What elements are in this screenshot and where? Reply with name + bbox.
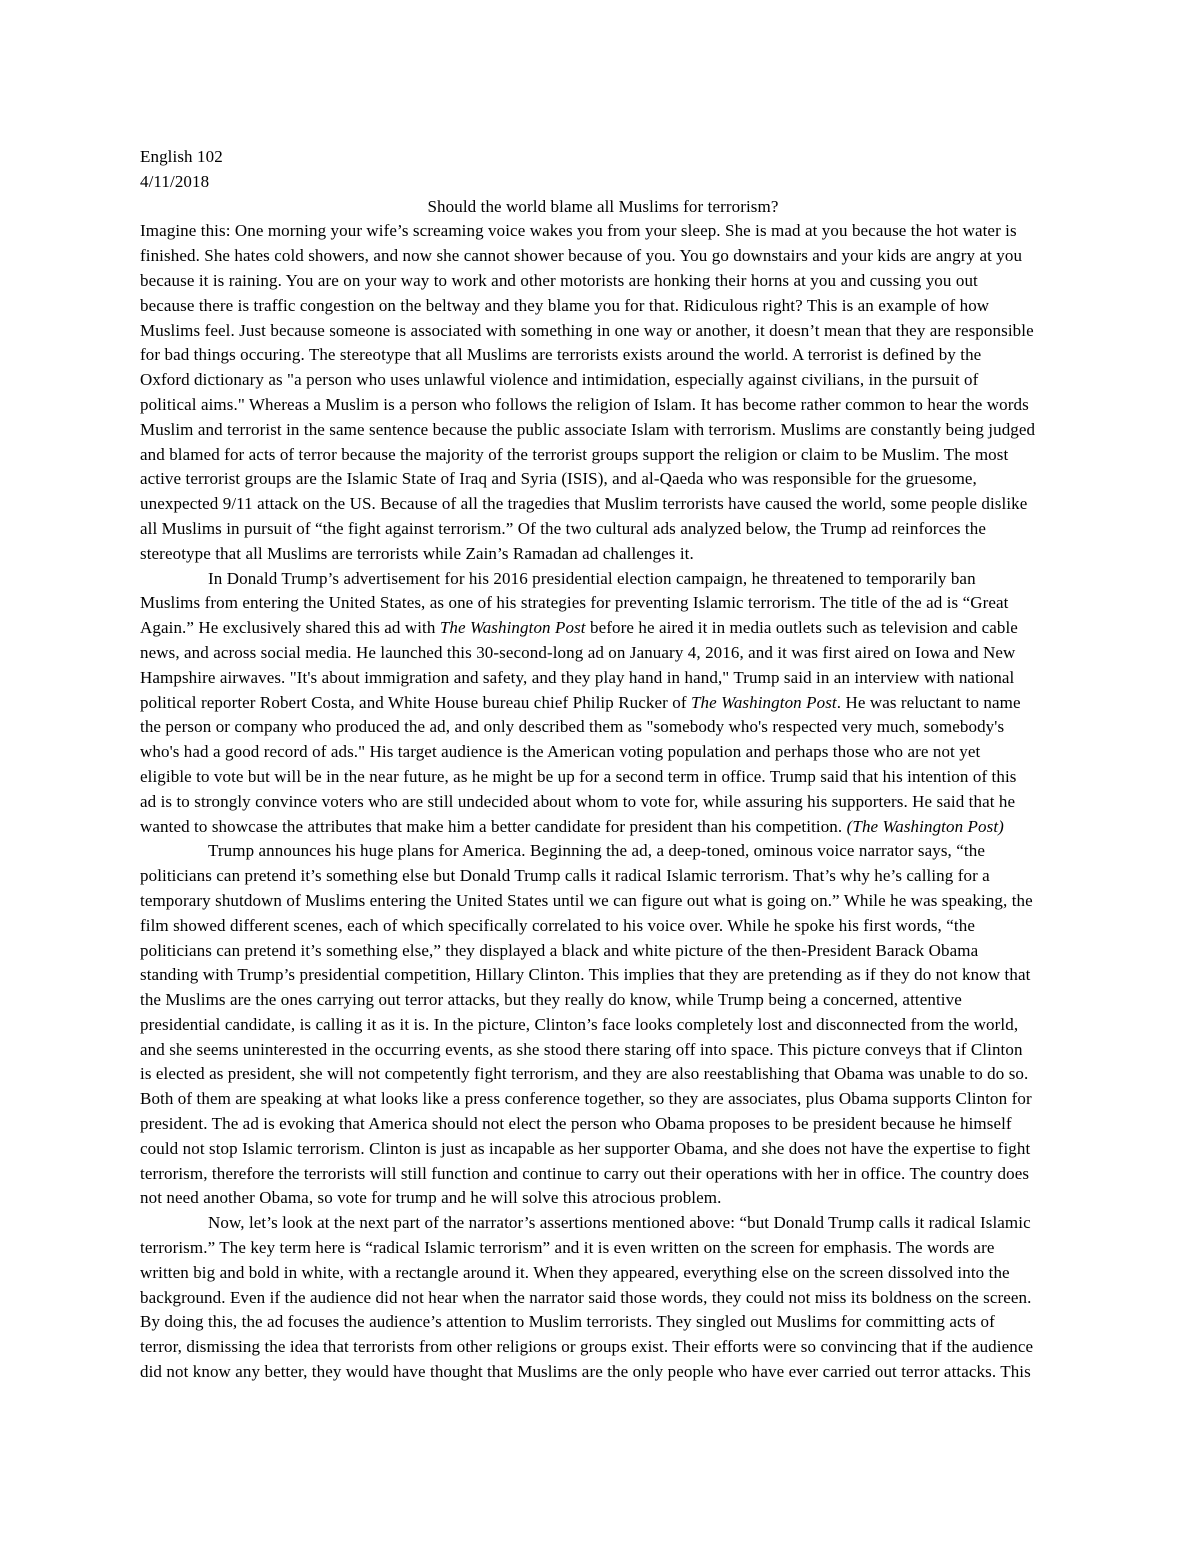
text-segment: terrorism.” The key term here is “radica… bbox=[140, 1238, 994, 1257]
text-segment: temporary shutdown of Muslims entering t… bbox=[140, 891, 1033, 910]
text-segment: president. The ad is evoking that Americ… bbox=[140, 1114, 1012, 1133]
text-line: all Muslims in pursuit of “the fight aga… bbox=[140, 517, 1066, 542]
text-line: Again.” He exclusively shared this ad wi… bbox=[140, 616, 1066, 641]
text-segment: Again.” He exclusively shared this ad wi… bbox=[140, 618, 440, 637]
text-line: presidential candidate, is calling it as… bbox=[140, 1013, 1066, 1038]
text-segment: news, and across social media. He launch… bbox=[140, 643, 1015, 662]
text-line: news, and across social media. He launch… bbox=[140, 641, 1066, 666]
text-line: In Donald Trump’s advertisement for his … bbox=[140, 567, 1066, 592]
text-segment: active terrorist groups are the Islamic … bbox=[140, 469, 977, 488]
text-line: politicians can pretend it’s something e… bbox=[140, 864, 1066, 889]
text-segment: Now, let’s look at the next part of the … bbox=[208, 1213, 1031, 1232]
text-segment: all Muslims in pursuit of “the fight aga… bbox=[140, 519, 986, 538]
text-segment: presidential candidate, is calling it as… bbox=[140, 1015, 1018, 1034]
text-line: terror, dismissing the idea that terrori… bbox=[140, 1335, 1066, 1360]
text-line: president. The ad is evoking that Americ… bbox=[140, 1112, 1066, 1137]
text-line: is elected as president, she will not co… bbox=[140, 1062, 1066, 1087]
text-line: political aims." Whereas a Muslim is a p… bbox=[140, 393, 1066, 418]
text-segment: . He was reluctant to name bbox=[837, 693, 1021, 712]
text-line: wanted to showcase the attributes that m… bbox=[140, 815, 1066, 840]
text-line: Both of them are speaking at what looks … bbox=[140, 1087, 1066, 1112]
text-line: Muslim and terrorist in the same sentenc… bbox=[140, 418, 1066, 443]
text-segment: because there is traffic congestion on t… bbox=[140, 296, 989, 315]
text-line: ad is to strongly convince voters who ar… bbox=[140, 790, 1066, 815]
text-segment: terrorism, therefore the terrorists will… bbox=[140, 1164, 1029, 1183]
text-line: because there is traffic congestion on t… bbox=[140, 294, 1066, 319]
text-segment: film showed different scenes, each of wh… bbox=[140, 916, 975, 935]
text-line: political reporter Robert Costa, and Whi… bbox=[140, 691, 1066, 716]
text-line: who's had a good record of ads." His tar… bbox=[140, 740, 1066, 765]
text-line: Muslims from entering the United States,… bbox=[140, 591, 1066, 616]
text-segment: Muslims from entering the United States,… bbox=[140, 593, 1009, 612]
text-line: Now, let’s look at the next part of the … bbox=[140, 1211, 1066, 1236]
text-segment: written big and bold in white, with a re… bbox=[140, 1263, 1010, 1282]
text-segment: not need another Obama, so vote for trum… bbox=[140, 1188, 721, 1207]
text-line: Imagine this: One morning your wife’s sc… bbox=[140, 219, 1066, 244]
text-line: Hampshire airwaves. "It's about immigrat… bbox=[140, 666, 1066, 691]
text-segment: unexpected 9/11 attack on the US. Becaus… bbox=[140, 494, 1027, 513]
text-segment: standing with Trump’s presidential compe… bbox=[140, 965, 1030, 984]
essay-title: Should the world blame all Muslims for t… bbox=[140, 195, 1066, 220]
text-line: temporary shutdown of Muslims entering t… bbox=[140, 889, 1066, 914]
text-segment: wanted to showcase the attributes that m… bbox=[140, 817, 847, 836]
text-line: eligible to vote but will be in the near… bbox=[140, 765, 1066, 790]
text-segment: Trump announces his huge plans for Ameri… bbox=[208, 841, 985, 860]
italic-text-segment: (The Washington Post) bbox=[847, 817, 1004, 836]
document-page: English 102 4/11/2018 Should the world b… bbox=[0, 0, 1200, 1553]
text-line: Muslims feel. Just because someone is as… bbox=[140, 319, 1066, 344]
text-segment: did not know any better, they would have… bbox=[140, 1362, 1031, 1381]
text-segment: politicians can pretend it’s something e… bbox=[140, 941, 978, 960]
text-line: for bad things occuring. The stereotype … bbox=[140, 343, 1066, 368]
text-line: terrorism, therefore the terrorists will… bbox=[140, 1162, 1066, 1187]
text-line: unexpected 9/11 attack on the US. Becaus… bbox=[140, 492, 1066, 517]
text-segment: background. Even if the audience did not… bbox=[140, 1288, 1031, 1307]
text-line: finished. She hates cold showers, and no… bbox=[140, 244, 1066, 269]
text-segment: political reporter Robert Costa, and Whi… bbox=[140, 693, 691, 712]
text-segment: ad is to strongly convince voters who ar… bbox=[140, 792, 1015, 811]
text-segment: is elected as president, she will not co… bbox=[140, 1064, 1028, 1083]
text-segment: who's had a good record of ads." His tar… bbox=[140, 742, 980, 761]
text-line: politicians can pretend it’s something e… bbox=[140, 939, 1066, 964]
text-segment: By doing this, the ad focuses the audien… bbox=[140, 1312, 995, 1331]
text-line: Oxford dictionary as "a person who uses … bbox=[140, 368, 1066, 393]
text-line: and blamed for acts of terror because th… bbox=[140, 443, 1066, 468]
text-segment: eligible to vote but will be in the near… bbox=[140, 767, 1017, 786]
text-line: stereotype that all Muslims are terroris… bbox=[140, 542, 1066, 567]
text-segment: Imagine this: One morning your wife’s sc… bbox=[140, 221, 1017, 240]
text-segment: political aims." Whereas a Muslim is a p… bbox=[140, 395, 1029, 414]
text-segment: stereotype that all Muslims are terroris… bbox=[140, 544, 694, 563]
text-segment: In Donald Trump’s advertisement for his … bbox=[208, 569, 976, 588]
text-segment: the Muslims are the ones carrying out te… bbox=[140, 990, 962, 1009]
italic-text-segment: The Washington Post bbox=[691, 693, 837, 712]
text-segment: could not stop Islamic terrorism. Clinto… bbox=[140, 1139, 1030, 1158]
text-line: Trump announces his huge plans for Ameri… bbox=[140, 839, 1066, 864]
text-line: did not know any better, they would have… bbox=[140, 1360, 1066, 1385]
text-segment: politicians can pretend it’s something e… bbox=[140, 866, 990, 885]
text-line: the Muslims are the ones carrying out te… bbox=[140, 988, 1066, 1013]
course-heading: English 102 bbox=[140, 145, 1066, 170]
text-segment: and she seems uninterested in the occurr… bbox=[140, 1040, 1023, 1059]
text-line: background. Even if the audience did not… bbox=[140, 1286, 1066, 1311]
text-line: and she seems uninterested in the occurr… bbox=[140, 1038, 1066, 1063]
document-body: Imagine this: One morning your wife’s sc… bbox=[140, 219, 1066, 1384]
text-segment: for bad things occuring. The stereotype … bbox=[140, 345, 981, 364]
text-line: terrorism.” The key term here is “radica… bbox=[140, 1236, 1066, 1261]
text-line: not need another Obama, so vote for trum… bbox=[140, 1186, 1066, 1211]
text-line: active terrorist groups are the Islamic … bbox=[140, 467, 1066, 492]
text-line: By doing this, the ad focuses the audien… bbox=[140, 1310, 1066, 1335]
text-line: could not stop Islamic terrorism. Clinto… bbox=[140, 1137, 1066, 1162]
date-heading: 4/11/2018 bbox=[140, 170, 1066, 195]
text-segment: terror, dismissing the idea that terrori… bbox=[140, 1337, 1033, 1356]
text-line: standing with Trump’s presidential compe… bbox=[140, 963, 1066, 988]
text-segment: Hampshire airwaves. "It's about immigrat… bbox=[140, 668, 1014, 687]
text-segment: before he aired it in media outlets such… bbox=[586, 618, 1018, 637]
text-segment: and blamed for acts of terror because th… bbox=[140, 445, 1008, 464]
text-segment: Muslim and terrorist in the same sentenc… bbox=[140, 420, 1035, 439]
text-segment: because it is raining. You are on your w… bbox=[140, 271, 978, 290]
text-segment: the person or company who produced the a… bbox=[140, 717, 1004, 736]
italic-text-segment: The Washington Post bbox=[440, 618, 586, 637]
text-segment: Muslims feel. Just because someone is as… bbox=[140, 321, 1034, 340]
text-line: because it is raining. You are on your w… bbox=[140, 269, 1066, 294]
text-segment: finished. She hates cold showers, and no… bbox=[140, 246, 1022, 265]
text-line: the person or company who produced the a… bbox=[140, 715, 1066, 740]
text-segment: Both of them are speaking at what looks … bbox=[140, 1089, 1032, 1108]
text-line: written big and bold in white, with a re… bbox=[140, 1261, 1066, 1286]
text-segment: Oxford dictionary as "a person who uses … bbox=[140, 370, 978, 389]
text-line: film showed different scenes, each of wh… bbox=[140, 914, 1066, 939]
